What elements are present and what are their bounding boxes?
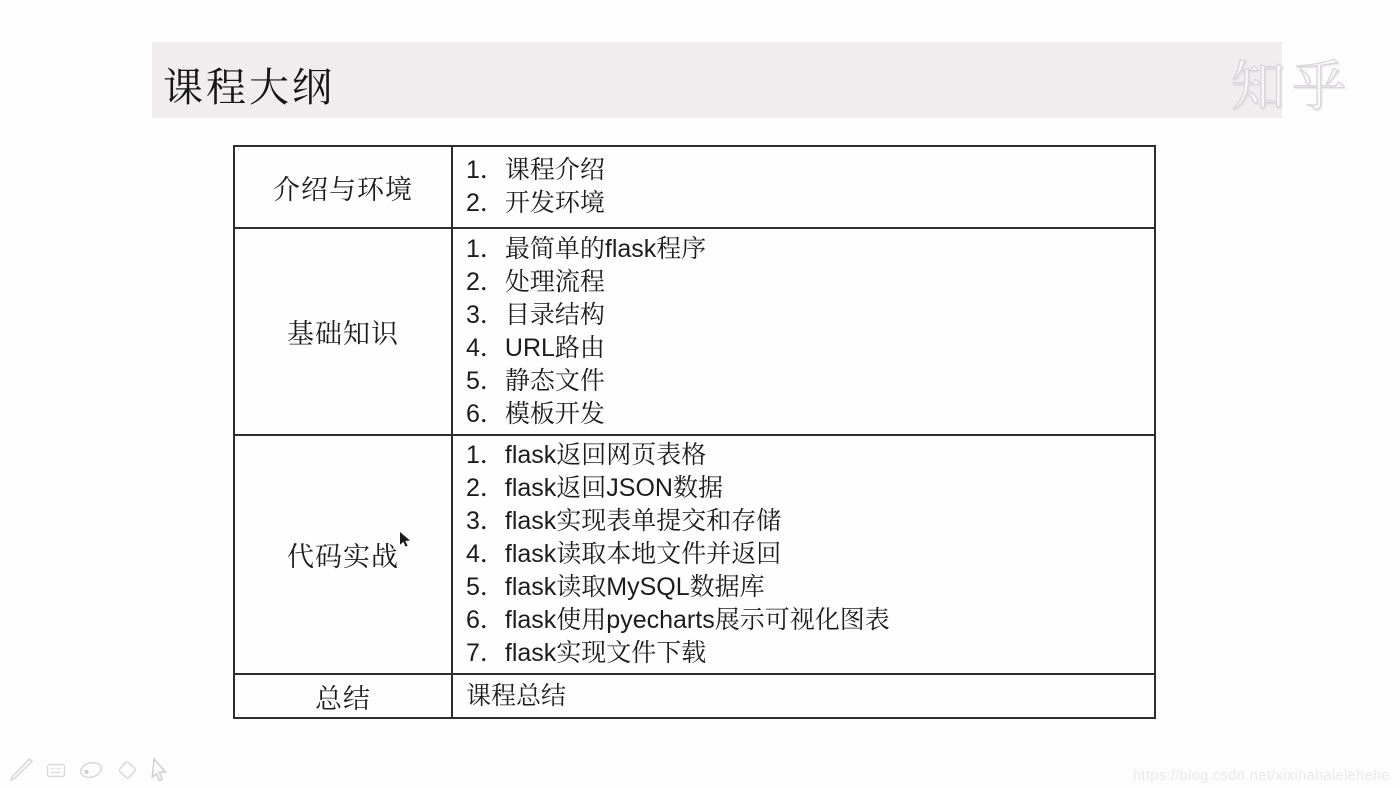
items-cell: 1．最简单的flask程序 2．处理流程 3．目录结构 4．URL路由 5．静态… [453, 229, 1154, 434]
outline-item: 课程总结 [466, 680, 1154, 713]
annotation-toolbar [8, 757, 170, 783]
items-cell: 课程总结 [453, 675, 1154, 717]
outline-item: 2．开发环境 [466, 187, 1154, 220]
outline-item: 3．flask实现表单提交和存储 [466, 505, 1154, 538]
pen-icon[interactable] [8, 757, 36, 783]
outline-item: 1．最简单的flask程序 [466, 233, 1154, 266]
outline-item: 6．flask使用pyecharts展示可视化图表 [466, 604, 1154, 637]
eraser-icon[interactable] [114, 758, 140, 782]
category-cell: 介绍与环境 [235, 147, 453, 227]
csdn-url-watermark: https://blog.csdn.net/xixihahalelehehe [1133, 768, 1390, 784]
outline-item: 6．模板开发 [466, 398, 1154, 431]
table-row: 基础知识 1．最简单的flask程序 2．处理流程 3．目录结构 4．URL路由… [235, 227, 1154, 434]
zhihu-watermark: 知乎 [1231, 44, 1353, 121]
slide-title-bar: 课程大纲 [152, 42, 1282, 118]
course-outline-table: 介绍与环境 1．课程介绍 2．开发环境 基础知识 1．最简单的flask程序 2… [233, 145, 1156, 719]
category-cell: 代码实战 [235, 436, 453, 673]
table-row: 介绍与环境 1．课程介绍 2．开发环境 [235, 147, 1154, 227]
items-cell: 1．课程介绍 2．开发环境 [453, 147, 1154, 227]
pointer-icon[interactable] [148, 757, 170, 783]
outline-item: 5．静态文件 [466, 365, 1154, 398]
table-row: 代码实战 1．flask返回网页表格 2．flask返回JSON数据 3．fla… [235, 434, 1154, 673]
category-cell: 总结 [235, 675, 453, 717]
category-cell: 基础知识 [235, 229, 453, 434]
category-label: 代码实战 [287, 542, 399, 572]
table-row: 总结 课程总结 [235, 673, 1154, 717]
outline-item: 2．处理流程 [466, 266, 1154, 299]
items-cell: 1．flask返回网页表格 2．flask返回JSON数据 3．flask实现表… [453, 436, 1154, 673]
outline-item: 1．课程介绍 [466, 154, 1154, 187]
mouse-cursor-icon [398, 531, 412, 547]
ellipse-tool-icon[interactable] [76, 758, 106, 782]
outline-item: 4．URL路由 [466, 332, 1154, 365]
outline-item: 3．目录结构 [466, 299, 1154, 332]
category-label: 基础知识 [287, 319, 399, 349]
outline-item: 7．flask实现文件下载 [466, 637, 1154, 670]
whiteboard-icon[interactable] [44, 758, 68, 782]
outline-item: 1．flask返回网页表格 [466, 439, 1154, 472]
page-title: 课程大纲 [163, 56, 335, 113]
outline-item: 5．flask读取MySQL数据库 [466, 571, 1154, 604]
outline-item: 2．flask返回JSON数据 [466, 472, 1154, 505]
category-label: 总结 [315, 684, 371, 714]
outline-item: 4．flask读取本地文件并返回 [466, 538, 1154, 571]
category-label: 介绍与环境 [273, 175, 413, 205]
